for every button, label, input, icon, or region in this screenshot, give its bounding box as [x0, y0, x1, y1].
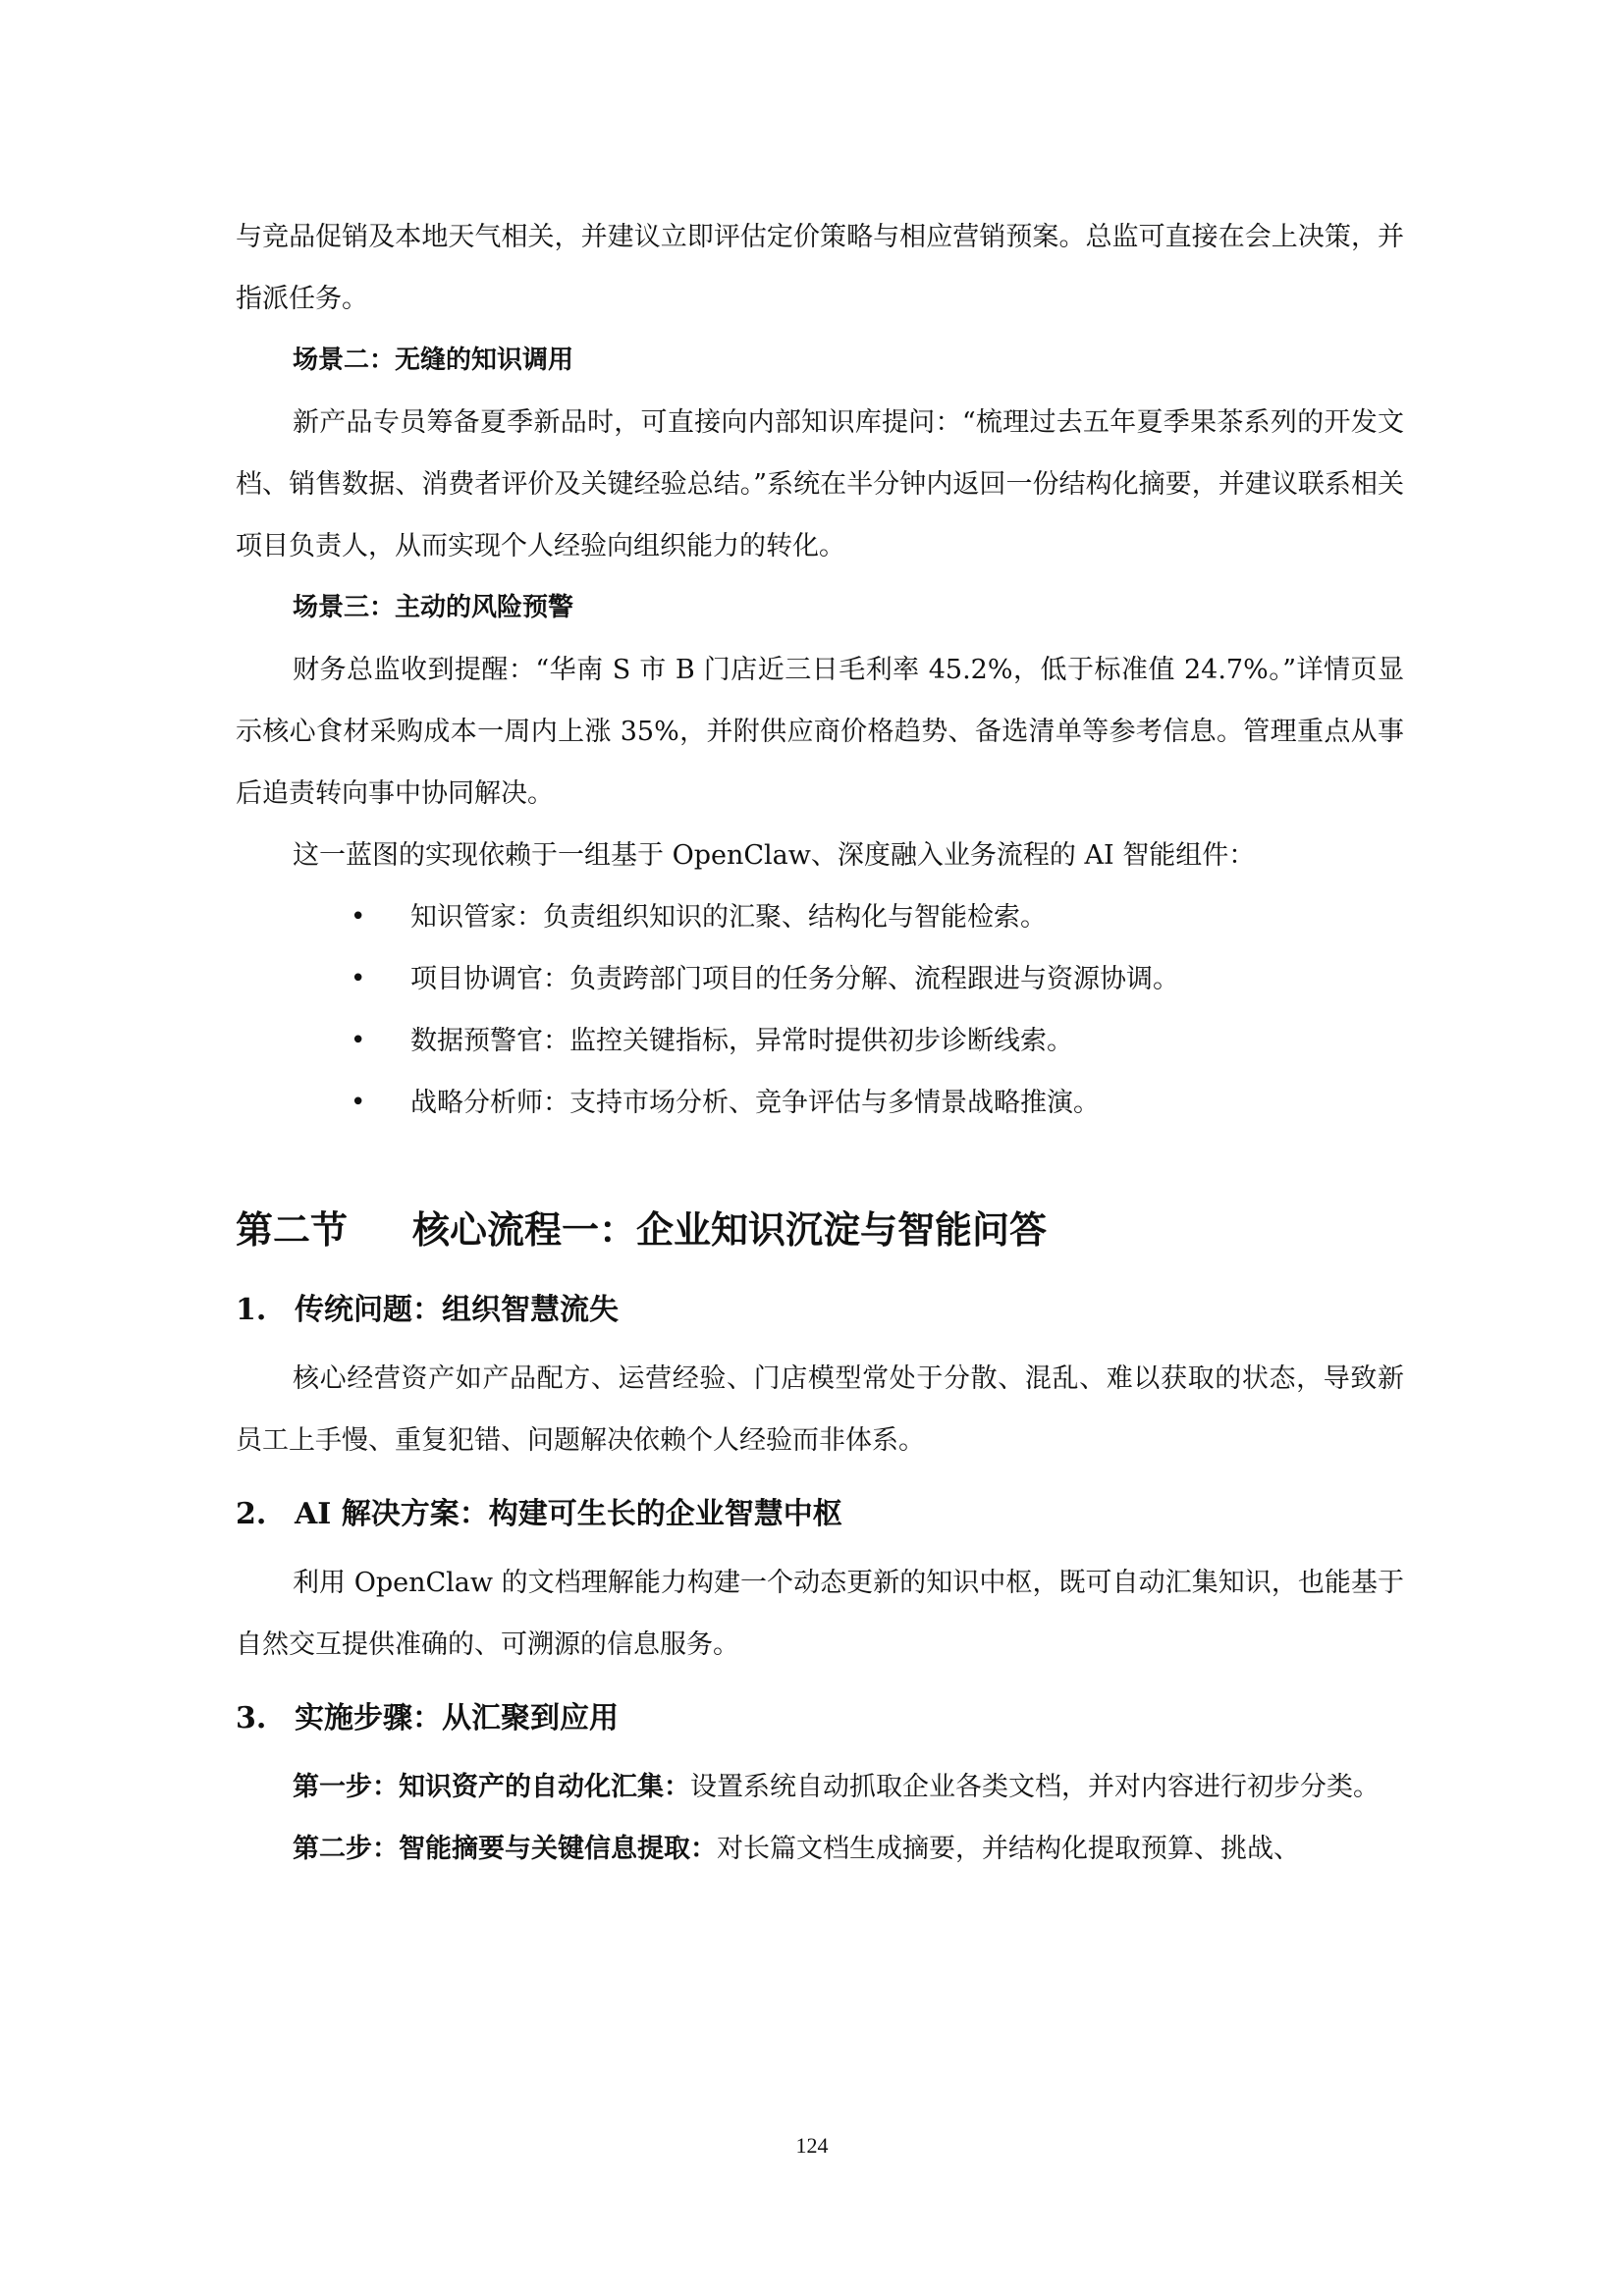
scene2-paragraph: 新产品专员筹备夏季新品时，可直接向内部知识库提问：“梳理过去五年夏季果茶系列的开… — [236, 392, 1404, 577]
scene3-heading: 场景三：主动的风险预警 — [236, 577, 1404, 639]
list-item-text: 战略分析师：支持市场分析、竞争评估与多情景战略推演。 — [410, 1088, 1100, 1118]
step-text: 设置系统自动抓取企业各类文档，并对内容进行初步分类。 — [690, 1772, 1380, 1802]
scene3-paragraph: 财务总监收到提醒：“华南 S 市 B 门店近三日毛利率 45.2%，低于标准值 … — [236, 639, 1404, 825]
bullet-icon: • — [351, 886, 365, 948]
list-item: • 战略分析师：支持市场分析、竞争评估与多情景战略推演。 — [236, 1072, 1404, 1134]
list-item: • 知识管家：负责组织知识的汇聚、结构化与智能检索。 — [236, 886, 1404, 948]
subsection-heading-3: 3.实施步骤：从汇聚到应用 — [236, 1689, 1404, 1748]
step-2-paragraph: 第二步：智能摘要与关键信息提取：对长篇文档生成摘要，并结构化提取预算、挑战、 — [236, 1818, 1404, 1880]
page-number: 124 — [0, 2133, 1624, 2159]
section-heading: 第二节核心流程一：企业知识沉淀与智能问答 — [236, 1201, 1404, 1259]
step-1-paragraph: 第一步：知识资产的自动化汇集：设置系统自动抓取企业各类文档，并对内容进行初步分类… — [236, 1756, 1404, 1818]
step-text: 对长篇文档生成摘要，并结构化提取预算、挑战、 — [717, 1834, 1300, 1864]
document-page: 与竞品促销及本地天气相关，并建议立即评估定价策略与相应营销预案。总监可直接在会上… — [0, 0, 1624, 2296]
step-label: 第一步：知识资产的自动化汇集： — [293, 1772, 690, 1802]
list-item-text: 数据预警官：监控关键指标，异常时提供初步诊断线索。 — [410, 1026, 1073, 1056]
subsection-heading-2: 2.AI 解决方案：构建可生长的企业智慧中枢 — [236, 1485, 1404, 1544]
bullet-icon: • — [351, 1072, 365, 1134]
list-item: • 数据预警官：监控关键指标，异常时提供初步诊断线索。 — [236, 1010, 1404, 1072]
list-item-text: 项目协调官：负责跨部门项目的任务分解、流程跟进与资源协调。 — [410, 964, 1179, 994]
components-list: • 知识管家：负责组织知识的汇聚、结构化与智能检索。 • 项目协调官：负责跨部门… — [236, 886, 1404, 1134]
section-number: 第二节 — [236, 1201, 412, 1259]
subsection-2-paragraph: 利用 OpenClaw 的文档理解能力构建一个动态更新的知识中枢，既可自动汇集知… — [236, 1552, 1404, 1676]
step-label: 第二步：智能摘要与关键信息提取： — [293, 1834, 717, 1864]
bullet-icon: • — [351, 1010, 365, 1072]
subsection-title: 实施步骤：从汇聚到应用 — [295, 1701, 619, 1735]
subsection-title: AI 解决方案：构建可生长的企业智慧中枢 — [295, 1497, 842, 1531]
subsection-number: 2. — [236, 1485, 295, 1544]
subsection-number: 1. — [236, 1281, 295, 1340]
paragraph-continuation: 与竞品促销及本地天气相关，并建议立即评估定价策略与相应营销预案。总监可直接在会上… — [236, 206, 1404, 330]
subsection-heading-1: 1.传统问题：组织智慧流失 — [236, 1281, 1404, 1340]
bullet-icon: • — [351, 948, 365, 1010]
subsection-1-paragraph: 核心经营资产如产品配方、运营经验、门店模型常处于分散、混乱、难以获取的状态，导致… — [236, 1348, 1404, 1471]
scene2-heading: 场景二：无缝的知识调用 — [236, 330, 1404, 392]
blueprint-intro: 这一蓝图的实现依赖于一组基于 OpenClaw、深度融入业务流程的 AI 智能组… — [236, 825, 1404, 886]
page-content: 与竞品促销及本地天气相关，并建议立即评估定价策略与相应营销预案。总监可直接在会上… — [236, 206, 1404, 1880]
subsection-number: 3. — [236, 1689, 295, 1748]
section-title: 核心流程一：企业知识沉淀与智能问答 — [412, 1207, 1047, 1252]
subsection-title: 传统问题：组织智慧流失 — [295, 1293, 619, 1327]
list-item-text: 知识管家：负责组织知识的汇聚、结构化与智能检索。 — [410, 902, 1047, 933]
list-item: • 项目协调官：负责跨部门项目的任务分解、流程跟进与资源协调。 — [236, 948, 1404, 1010]
